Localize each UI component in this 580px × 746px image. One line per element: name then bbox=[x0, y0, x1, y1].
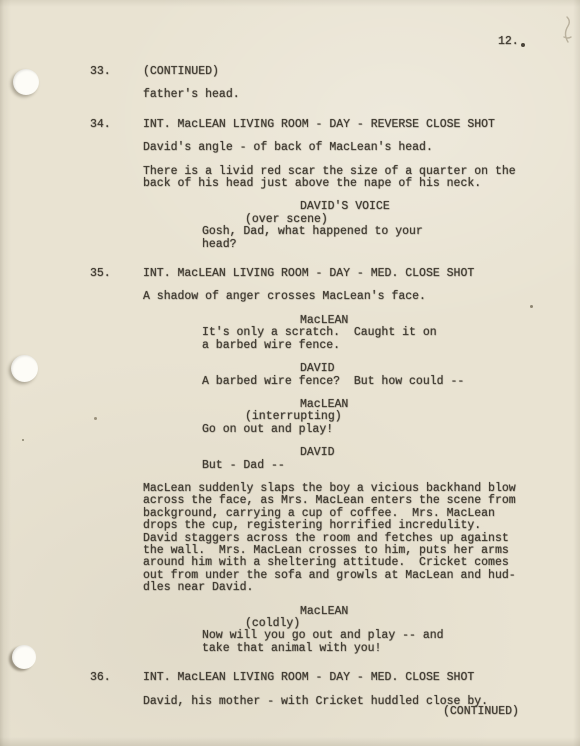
character-name: DAVID bbox=[300, 447, 580, 459]
scene-number: 35. bbox=[90, 268, 111, 280]
continued-footer: (CONTINUED) bbox=[443, 706, 519, 718]
dialogue-line: Go on out and play! bbox=[202, 424, 580, 436]
action-line: David's angle - of back of MacLean's hea… bbox=[143, 142, 580, 154]
dialogue-line: But - Dad -- bbox=[202, 460, 580, 472]
dialogue-block: DAVIDBut - Dad -- bbox=[0, 447, 580, 472]
action-line: drops the cup, registering horrified inc… bbox=[143, 520, 580, 532]
action-line: dles near David. bbox=[143, 582, 580, 594]
dialogue-line: Gosh, Dad, what happened to your bbox=[202, 226, 580, 238]
dialogue-block: DAVID'S VOICE(over scene)Gosh, Dad, what… bbox=[0, 201, 580, 251]
action-block: There is a livid red scar the size of a … bbox=[0, 166, 580, 191]
action-line: around him with a sheltering attitude. C… bbox=[143, 557, 580, 569]
dialogue-line: take that animal with you! bbox=[202, 643, 580, 655]
scene-number: 34. bbox=[90, 119, 111, 131]
scene: 35.INT. MacLEAN LIVING ROOM - DAY - MED.… bbox=[0, 268, 580, 655]
pencil-mark bbox=[548, 8, 578, 50]
character-name: MacLEAN bbox=[300, 399, 580, 411]
script-body: 33.(CONTINUED)father's head.34.INT. MacL… bbox=[0, 66, 580, 708]
scene-heading-text: (CONTINUED) bbox=[143, 65, 219, 78]
scene-heading-text: INT. MacLEAN LIVING ROOM - DAY - MED. CL… bbox=[143, 671, 474, 684]
action-block: David's angle - of back of MacLean's hea… bbox=[0, 142, 580, 154]
dialogue-line: A barbed wire fence? But how could -- bbox=[202, 376, 580, 388]
dialogue-block: MacLEAN(coldly)Now will you go out and p… bbox=[0, 606, 580, 656]
scene: 34.INT. MacLEAN LIVING ROOM - DAY - REVE… bbox=[0, 119, 580, 251]
action-line: across the face, as Mrs. MacLean enters … bbox=[143, 495, 580, 507]
dialogue-line: a barbed wire fence. bbox=[202, 340, 580, 352]
scene: 36.INT. MacLEAN LIVING ROOM - DAY - MED.… bbox=[0, 672, 580, 708]
scene-heading: 36.INT. MacLEAN LIVING ROOM - DAY - MED.… bbox=[143, 672, 580, 684]
scene-number: 33. bbox=[90, 66, 111, 78]
action-block: MacLean suddenly slaps the boy a vicious… bbox=[0, 483, 580, 595]
scene-number: 36. bbox=[90, 672, 111, 684]
scene-heading: 35.INT. MacLEAN LIVING ROOM - DAY - MED.… bbox=[143, 268, 580, 280]
action-block: A shadow of anger crosses MacLean's face… bbox=[0, 291, 580, 303]
scene-heading-text: INT. MacLEAN LIVING ROOM - DAY - REVERSE… bbox=[143, 118, 495, 131]
page-number: 12. bbox=[498, 36, 519, 48]
parenthetical: (interrupting) bbox=[245, 411, 580, 423]
scene-heading: 33.(CONTINUED) bbox=[143, 66, 580, 78]
script-page-scan: 12. 33.(CONTINUED)father's head.34.INT. … bbox=[0, 0, 580, 746]
dialogue-line: head? bbox=[202, 239, 580, 251]
action-line: back of his head just above the nape of … bbox=[143, 178, 580, 190]
character-name: MacLEAN bbox=[300, 606, 580, 618]
character-name: DAVID'S VOICE bbox=[300, 201, 580, 213]
scene: 33.(CONTINUED)father's head. bbox=[0, 66, 580, 102]
ink-speck bbox=[521, 43, 525, 47]
scene-heading: 34.INT. MacLEAN LIVING ROOM - DAY - REVE… bbox=[143, 119, 580, 131]
scene-heading-text: INT. MacLEAN LIVING ROOM - DAY - MED. CL… bbox=[143, 267, 474, 280]
dialogue-block: DAVIDA barbed wire fence? But how could … bbox=[0, 363, 580, 388]
dialogue-block: MacLEANIt's only a scratch. Caught it on… bbox=[0, 315, 580, 352]
dialogue-block: MacLEAN(interrupting)Go on out and play! bbox=[0, 399, 580, 436]
action-line: father's head. bbox=[143, 89, 580, 101]
action-line: A shadow of anger crosses MacLean's face… bbox=[143, 291, 580, 303]
action-block: father's head. bbox=[0, 89, 580, 101]
dialogue-line: Now will you go out and play -- and bbox=[202, 630, 580, 642]
character-name: DAVID bbox=[300, 363, 580, 375]
dialogue-line: It's only a scratch. Caught it on bbox=[202, 327, 580, 339]
